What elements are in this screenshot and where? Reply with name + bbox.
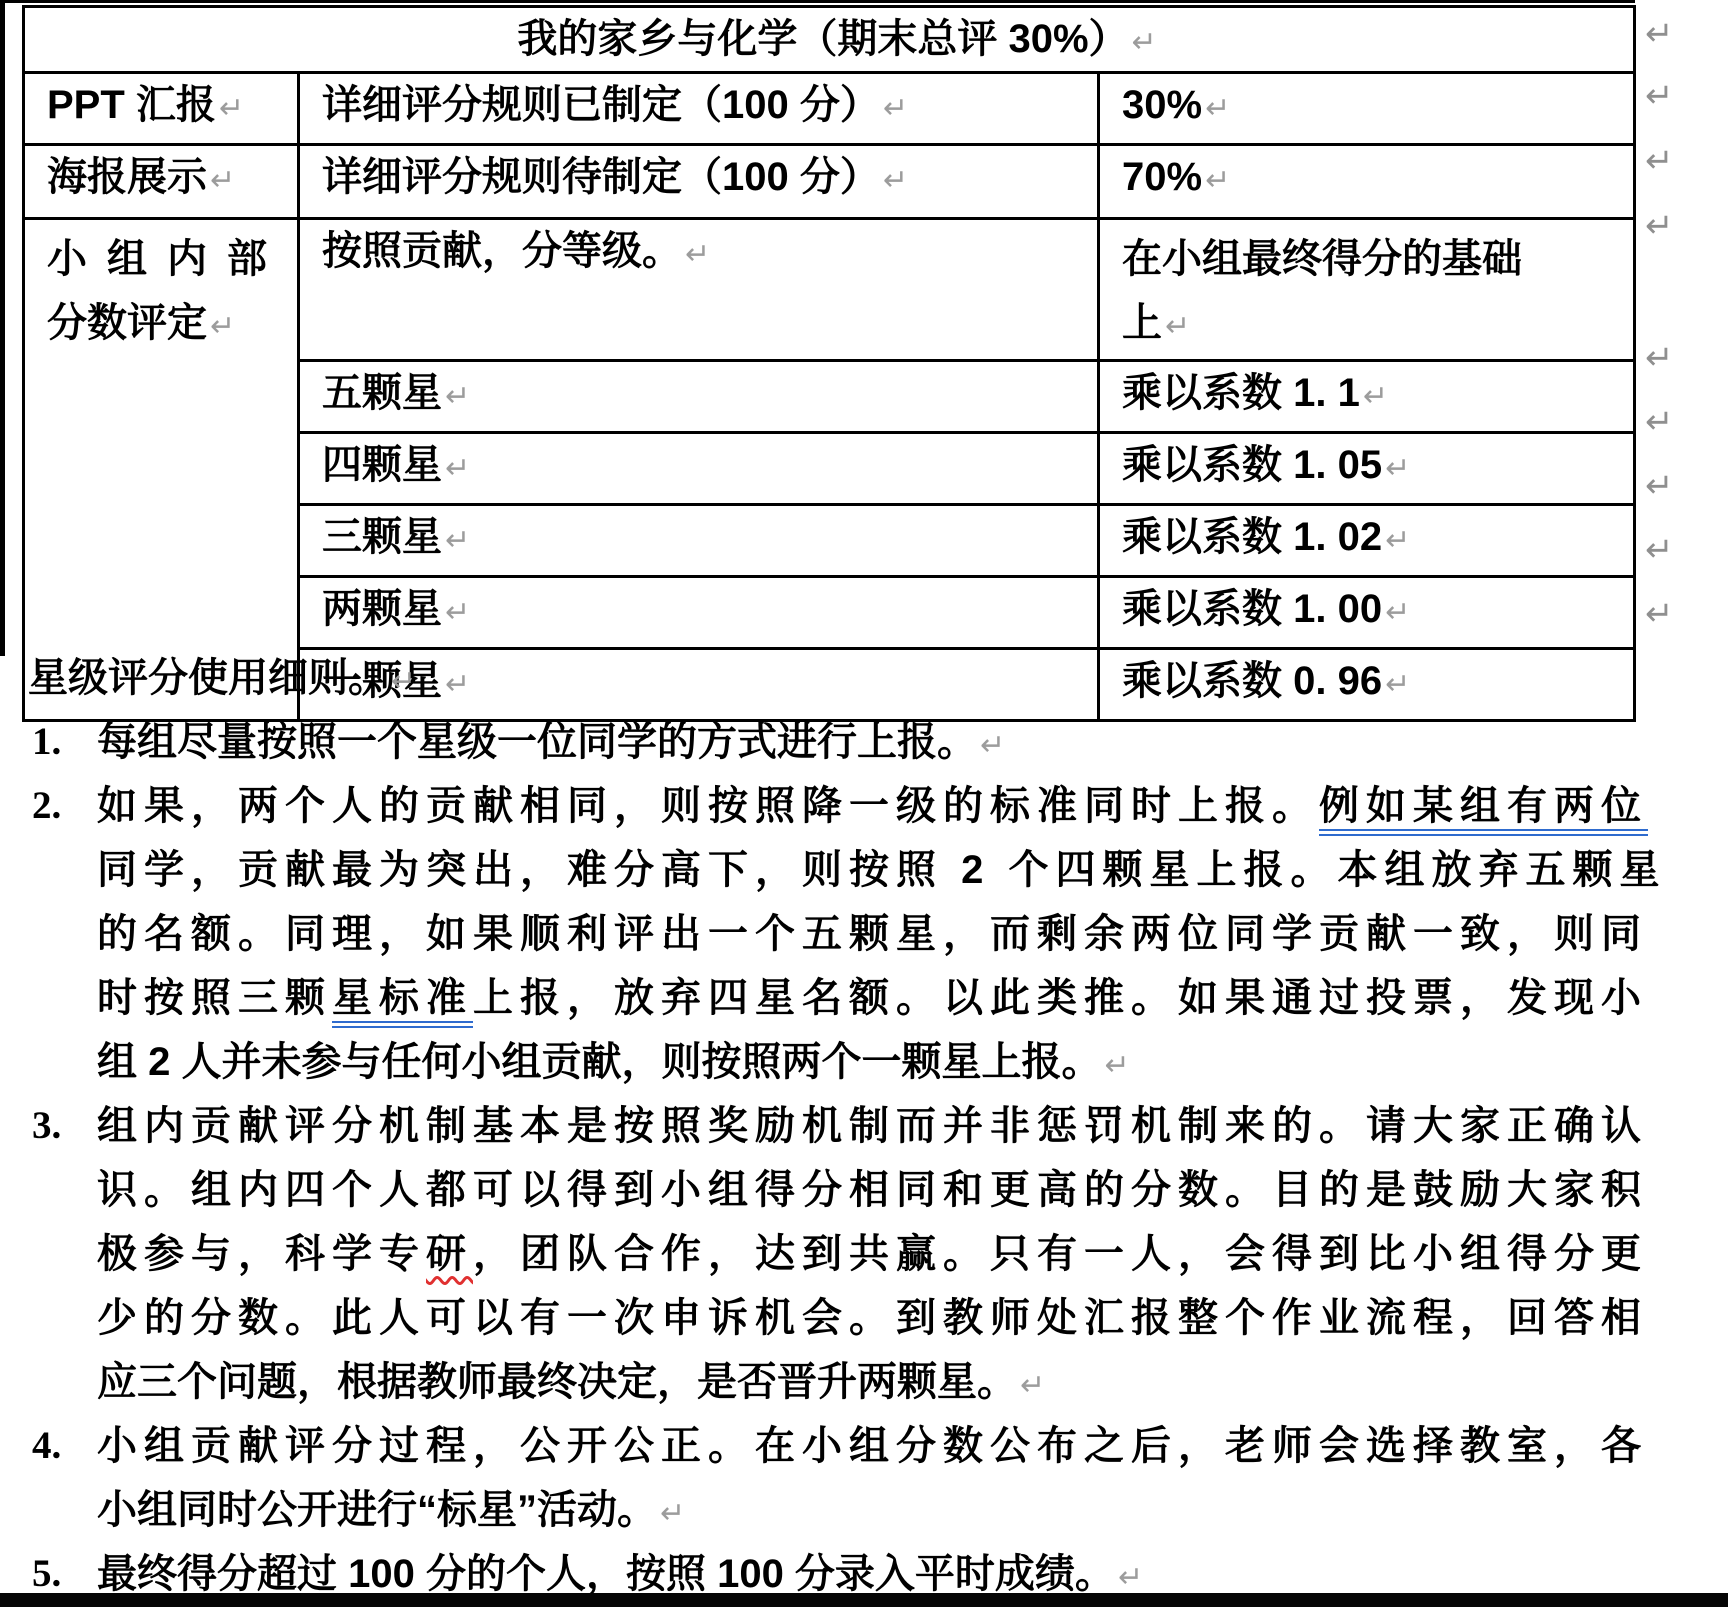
pilcrow-mark: ↵ xyxy=(445,380,470,413)
table-cell: 乘以系数 1. 1↵ xyxy=(1099,361,1635,433)
pilcrow-mark: ↵ xyxy=(391,665,416,698)
pilcrow-mark: ↵ xyxy=(685,238,710,271)
list-number: 2. xyxy=(32,774,97,1094)
cell-text: 四颗星 xyxy=(322,443,442,487)
table-cell: 四颗星↵ xyxy=(299,433,1099,505)
line-text: 组 2 人并未参与任何小组贡献，则按照两个一颗星上报。 xyxy=(97,1040,1101,1084)
pilcrow-mark: ↵ xyxy=(445,524,470,557)
paragraph-line: 如果，两个人的贡献相同，则按照降一级的标准同时上报。例如某组有两位 xyxy=(97,774,1666,838)
line-text: 小组贡献评分过程，公开公正。在小组分数公布之后，老师会选择教室，各 xyxy=(97,1424,1648,1468)
row-end-pilcrow: ↵ xyxy=(1645,141,1674,181)
cell-text: 乘以系数 1. 00 xyxy=(1122,587,1382,631)
line-text: 时按照三颗 xyxy=(97,976,332,1020)
paragraph-line: 识。组内四个人都可以得到小组得分相同和更高的分数。目的是鼓励大家积 xyxy=(97,1158,1648,1222)
cell-text: 30% xyxy=(1122,83,1202,127)
pilcrow-mark: ↵ xyxy=(1385,524,1410,557)
list-number: 3. xyxy=(32,1094,97,1414)
pilcrow-mark: ↵ xyxy=(883,164,908,197)
pilcrow-mark: ↵ xyxy=(445,452,470,485)
table-cell: 在小组最终得分的基础 上↵ xyxy=(1099,219,1635,361)
table-row: 海报展示↵ 详细评分规则待制定（100 分）↵ 70%↵ xyxy=(24,145,1635,219)
cell-text: 乘以系数 1. 1 xyxy=(1122,371,1360,415)
paragraph-line: 时按照三颗星标准上报，放弃四星名额。以此类推。如果通过投票，发现小 xyxy=(97,966,1666,1030)
line-text: 每组尽量按照一个星级一位同学的方式进行上报。 xyxy=(97,720,977,764)
paragraph-line: 应三个问题，根据教师最终决定，是否晋升两颗星。↵ xyxy=(97,1350,1648,1414)
cell-text: 上 xyxy=(1122,301,1162,345)
row-end-pilcrow: ↵ xyxy=(1645,76,1674,116)
pilcrow-mark: ↵ xyxy=(210,164,235,197)
pilcrow-mark: ↵ xyxy=(1385,596,1410,629)
list-number: 1. xyxy=(32,710,97,774)
cell-text: 小组内部 xyxy=(47,237,287,281)
paragraph-line: 少的分数。此人可以有一次申诉机会。到教师处汇报整个作业流程，回答相 xyxy=(97,1286,1648,1350)
pilcrow-mark: ↵ xyxy=(980,729,1005,762)
row-end-pilcrow: ↵ xyxy=(1645,466,1674,506)
table-cell: PPT 汇报↵ xyxy=(24,73,299,145)
screenshot-bottom-edge xyxy=(0,1593,1728,1607)
table-cell: 两颗星↵ xyxy=(299,577,1099,649)
pilcrow-mark: ↵ xyxy=(883,92,908,125)
table-cell: 70%↵ xyxy=(1099,145,1635,219)
table-cell: 按照贡献，分等级。↵ xyxy=(299,219,1099,361)
spellcheck-underline-text: 研 xyxy=(426,1232,473,1276)
cell-text: 两颗星 xyxy=(322,587,442,631)
list-number: 4. xyxy=(32,1414,97,1542)
line-text: 应三个问题，根据教师最终决定，是否晋升两颗星。 xyxy=(97,1360,1017,1404)
paragraph-line: 组内贡献评分机制基本是按照奖励机制而并非惩罚机制来的。请大家正确认 xyxy=(97,1094,1648,1158)
list-item-lines: 如果，两个人的贡献相同，则按照降一级的标准同时上报。例如某组有两位 同学，贡献最… xyxy=(97,774,1666,1094)
pilcrow-mark: ↵ xyxy=(219,92,244,125)
pilcrow-mark: ↵ xyxy=(1205,92,1230,125)
pilcrow-mark: ↵ xyxy=(210,310,235,343)
line-text: 组内贡献评分机制基本是按照奖励机制而并非惩罚机制来的。请大家正确认 xyxy=(97,1104,1648,1148)
table-row: 小组内部 分数评定↵ 按照贡献，分等级。↵ 在小组最终得分的基础 上↵ xyxy=(24,219,1635,361)
pilcrow-mark: ↵ xyxy=(1165,310,1190,343)
section-heading: 星级评分使用细则。↵ xyxy=(28,646,1716,710)
table-cell: 详细评分规则已制定（100 分）↵ xyxy=(299,73,1099,145)
cell-text: 详细评分规则待制定（100 分） xyxy=(322,155,880,199)
pilcrow-mark: ↵ xyxy=(1205,164,1230,197)
table-cell: 乘以系数 1. 02↵ xyxy=(1099,505,1635,577)
pilcrow-mark: ↵ xyxy=(1385,452,1410,485)
table-cell: 详细评分规则待制定（100 分）↵ xyxy=(299,145,1099,219)
cell-text: 在小组最终得分的基础 xyxy=(1122,237,1522,281)
paragraph-line: 极参与，科学专研，团队合作，达到共赢。只有一人，会得到比小组得分更 xyxy=(97,1222,1648,1286)
cell-text: 三颗星 xyxy=(322,515,442,559)
pilcrow-mark: ↵ xyxy=(1132,26,1157,59)
line-text: ，团队合作，达到共赢。只有一人，会得到比小组得分更 xyxy=(473,1232,1648,1276)
row-end-pilcrow: ↵ xyxy=(1645,530,1674,570)
table-row: PPT 汇报↵ 详细评分规则已制定（100 分）↵ 30%↵ xyxy=(24,73,1635,145)
row-end-pilcrow: ↵ xyxy=(1645,338,1674,378)
cell-text: 按照贡献，分等级。 xyxy=(322,229,682,273)
list-item-lines: 每组尽量按照一个星级一位同学的方式进行上报。↵ xyxy=(97,710,1005,774)
line-text: 的名额。同理，如果顺利评出一个五颗星，而剩余两位同学贡献一致，则同 xyxy=(97,912,1648,956)
line-text: 最终得分超过 100 分的个人，按照 100 分录入平时成绩。 xyxy=(97,1552,1115,1596)
pilcrow-mark: ↵ xyxy=(1363,380,1388,413)
cell-text: 海报展示 xyxy=(47,155,207,199)
cell-text: 乘以系数 1. 05 xyxy=(1122,443,1382,487)
cell-text: 乘以系数 1. 02 xyxy=(1122,515,1382,559)
document-page: 我的家乡与化学（期末总评 30%）↵ PPT 汇报↵ 详细评分规则已制定（100… xyxy=(0,0,1728,1607)
paragraph-line: 的名额。同理，如果顺利评出一个五颗星，而剩余两位同学贡献一致，则同 xyxy=(97,902,1666,966)
line-text: 少的分数。此人可以有一次申诉机会。到教师处汇报整个作业流程，回答相 xyxy=(97,1296,1648,1340)
list-item-3: 3. 组内贡献评分机制基本是按照奖励机制而并非惩罚机制来的。请大家正确认 识。组… xyxy=(28,1094,1716,1414)
table-cell: 三颗星↵ xyxy=(299,505,1099,577)
paragraph-line: 组 2 人并未参与任何小组贡献，则按照两个一颗星上报。↵ xyxy=(97,1030,1666,1094)
table-cell: 乘以系数 1. 05↵ xyxy=(1099,433,1635,505)
line-text: 极参与，科学专 xyxy=(97,1232,426,1276)
cell-text: PPT 汇报 xyxy=(47,83,216,127)
heading-text: 星级评分使用细则。 xyxy=(28,656,388,700)
paragraph-line: 同学，贡献最为突出，难分高下，则按照 2 个四颗星上报。本组放弃五颗星 xyxy=(97,838,1666,902)
paragraph-line: 小组贡献评分过程，公开公正。在小组分数公布之后，老师会选择教室，各 xyxy=(97,1414,1648,1478)
list-item-2: 2. 如果，两个人的贡献相同，则按照降一级的标准同时上报。例如某组有两位 同学，… xyxy=(28,774,1716,1094)
screenshot-left-edge xyxy=(0,0,5,656)
cell-text: 五颗星 xyxy=(322,371,442,415)
row-end-pilcrow: ↵ xyxy=(1645,206,1674,246)
pilcrow-mark: ↵ xyxy=(660,1497,685,1530)
cell-text: 详细评分规则已制定（100 分） xyxy=(322,83,880,127)
pilcrow-mark: ↵ xyxy=(445,596,470,629)
line-text: 识。组内四个人都可以得到小组得分相同和更高的分数。目的是鼓励大家积 xyxy=(97,1168,1648,1212)
row-end-pilcrow: ↵ xyxy=(1645,14,1674,54)
list-item-lines: 小组贡献评分过程，公开公正。在小组分数公布之后，老师会选择教室，各 小组同时公开… xyxy=(97,1414,1648,1542)
table-title-cell: 我的家乡与化学（期末总评 30%）↵ xyxy=(24,7,1635,73)
pilcrow-mark: ↵ xyxy=(1118,1561,1143,1594)
line-text: 小组同时公开进行“标星”活动。 xyxy=(97,1488,657,1532)
cell-text: 70% xyxy=(1122,155,1202,199)
paragraph-line: 小组同时公开进行“标星”活动。↵ xyxy=(97,1478,1648,1542)
table-cell: 30%↵ xyxy=(1099,73,1635,145)
paragraph-line: 每组尽量按照一个星级一位同学的方式进行上报。↵ xyxy=(97,710,1005,774)
row-end-pilcrow: ↵ xyxy=(1645,594,1674,634)
table-cell: 海报展示↵ xyxy=(24,145,299,219)
pilcrow-mark: ↵ xyxy=(1104,1049,1129,1082)
row-end-pilcrow: ↵ xyxy=(1645,402,1674,442)
grading-table: 我的家乡与化学（期末总评 30%）↵ PPT 汇报↵ 详细评分规则已制定（100… xyxy=(22,5,1636,722)
line-text: 如果，两个人的贡献相同，则按照降一级的标准同时上报。 xyxy=(97,784,1319,828)
pilcrow-mark: ↵ xyxy=(1020,1369,1045,1402)
rules-section: 星级评分使用细则。↵ 1. 每组尽量按照一个星级一位同学的方式进行上报。↵ 2.… xyxy=(28,646,1716,1606)
line-text: 上报，放弃四星名额。以此类推。如果通过投票，发现小 xyxy=(473,976,1648,1020)
table-cell: 五颗星↵ xyxy=(299,361,1099,433)
line-text: 同学，贡献最为突出，难分高下，则按照 2 个四颗星上报。本组放弃五颗星 xyxy=(97,848,1666,892)
list-item-4: 4. 小组贡献评分过程，公开公正。在小组分数公布之后，老师会选择教室，各 小组同… xyxy=(28,1414,1716,1542)
table-title: 我的家乡与化学（期末总评 30%） xyxy=(517,17,1128,61)
list-item-1: 1. 每组尽量按照一个星级一位同学的方式进行上报。↵ xyxy=(28,710,1716,774)
grammar-underline-text: 例如某组有两位 xyxy=(1319,784,1648,836)
table-row: 我的家乡与化学（期末总评 30%）↵ xyxy=(24,7,1635,73)
table-cell: 乘以系数 1. 00↵ xyxy=(1099,577,1635,649)
screenshot-top-edge xyxy=(0,0,1635,3)
cell-text: 分数评定 xyxy=(47,301,207,345)
list-item-lines: 组内贡献评分机制基本是按照奖励机制而并非惩罚机制来的。请大家正确认 识。组内四个… xyxy=(97,1094,1648,1414)
grammar-underline-text: 星标准 xyxy=(332,976,473,1028)
